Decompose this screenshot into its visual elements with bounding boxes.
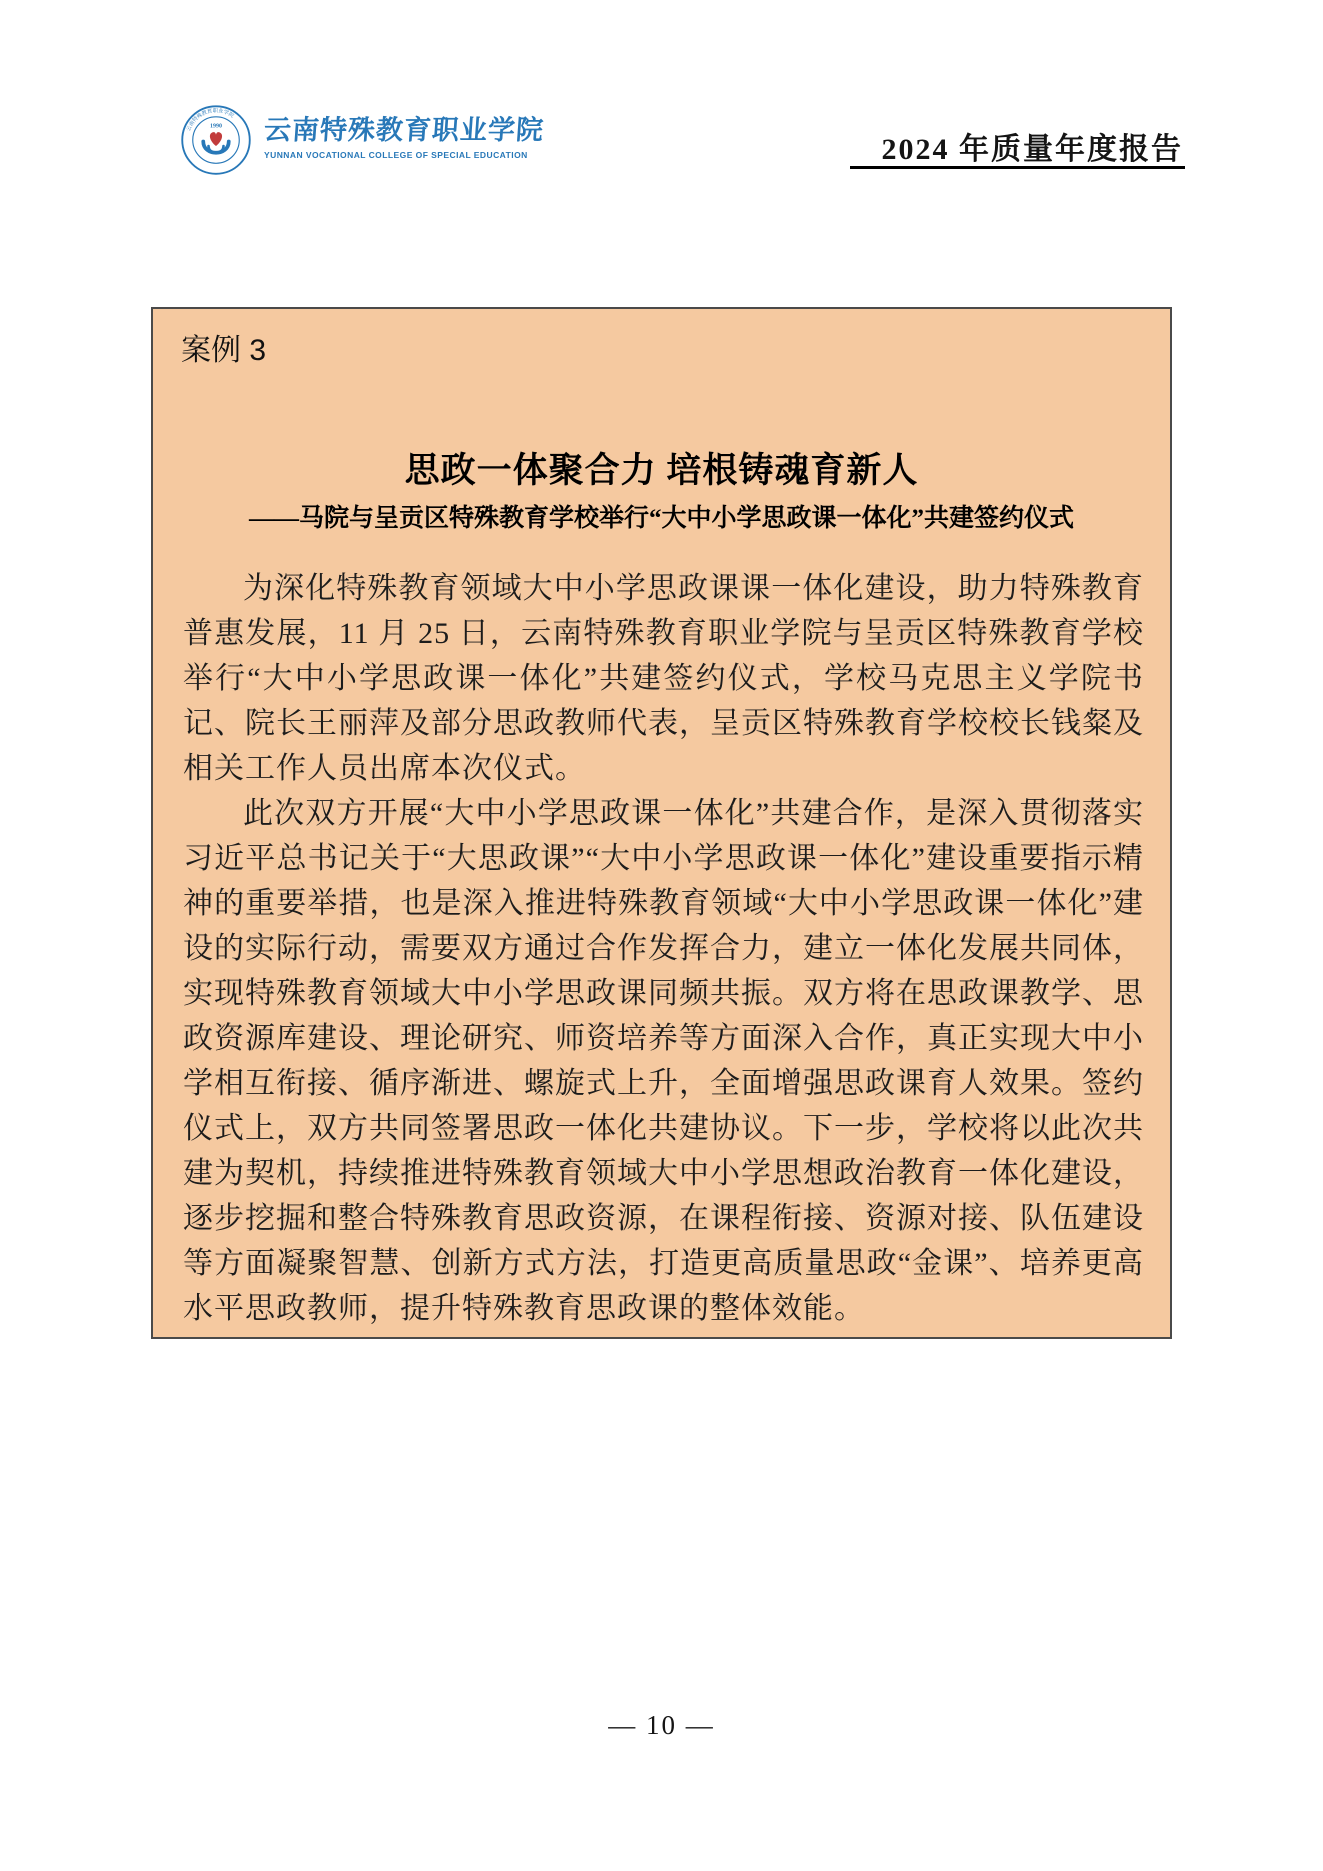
college-seal-icon: 云南特殊教育职业学院 1990: [180, 104, 252, 176]
report-header-title: 2024 年质量年度报告: [882, 124, 1184, 168]
case-label: 案例 3: [181, 333, 1170, 369]
case-body: 为深化特殊教育领域大中小学思政课课一体化建设，助力特殊教育普惠发展，11 月 2…: [183, 566, 1144, 1331]
report-page: 云南特殊教育职业学院 1990 云南特殊教育职业学院 YUNNAN VOCATI…: [0, 0, 1323, 1871]
college-name-cn: 云南特殊教育职业学院: [263, 116, 545, 146]
case-title: 思政一体聚合力 培根铸魂育新人: [153, 451, 1170, 491]
seal-year: 1990: [210, 123, 222, 129]
case-box: 案例 3 思政一体聚合力 培根铸魂育新人 ——马院与呈贡区特殊教育学校举行“大中…: [151, 307, 1172, 1339]
header-divider: [850, 166, 1185, 169]
college-name-en: YUNNAN VOCATIONAL COLLEGE OF SPECIAL EDU…: [264, 150, 544, 160]
college-logo: 云南特殊教育职业学院 1990 云南特殊教育职业学院 YUNNAN VOCATI…: [180, 104, 544, 176]
case-subtitle: ——马院与呈贡区特殊教育学校举行“大中小学思政课一体化”共建签约仪式: [153, 503, 1170, 536]
college-name-block: 云南特殊教育职业学院 YUNNAN VOCATIONAL COLLEGE OF …: [264, 116, 544, 160]
page-number: — 10 —: [0, 1710, 1323, 1741]
case-paragraph-2: 此次双方开展“大中小学思政课一体化”共建合作，是深入贯彻落实习近平总书记关于“大…: [183, 791, 1144, 1331]
case-paragraph-1: 为深化特殊教育领域大中小学思政课课一体化建设，助力特殊教育普惠发展，11 月 2…: [183, 566, 1144, 791]
